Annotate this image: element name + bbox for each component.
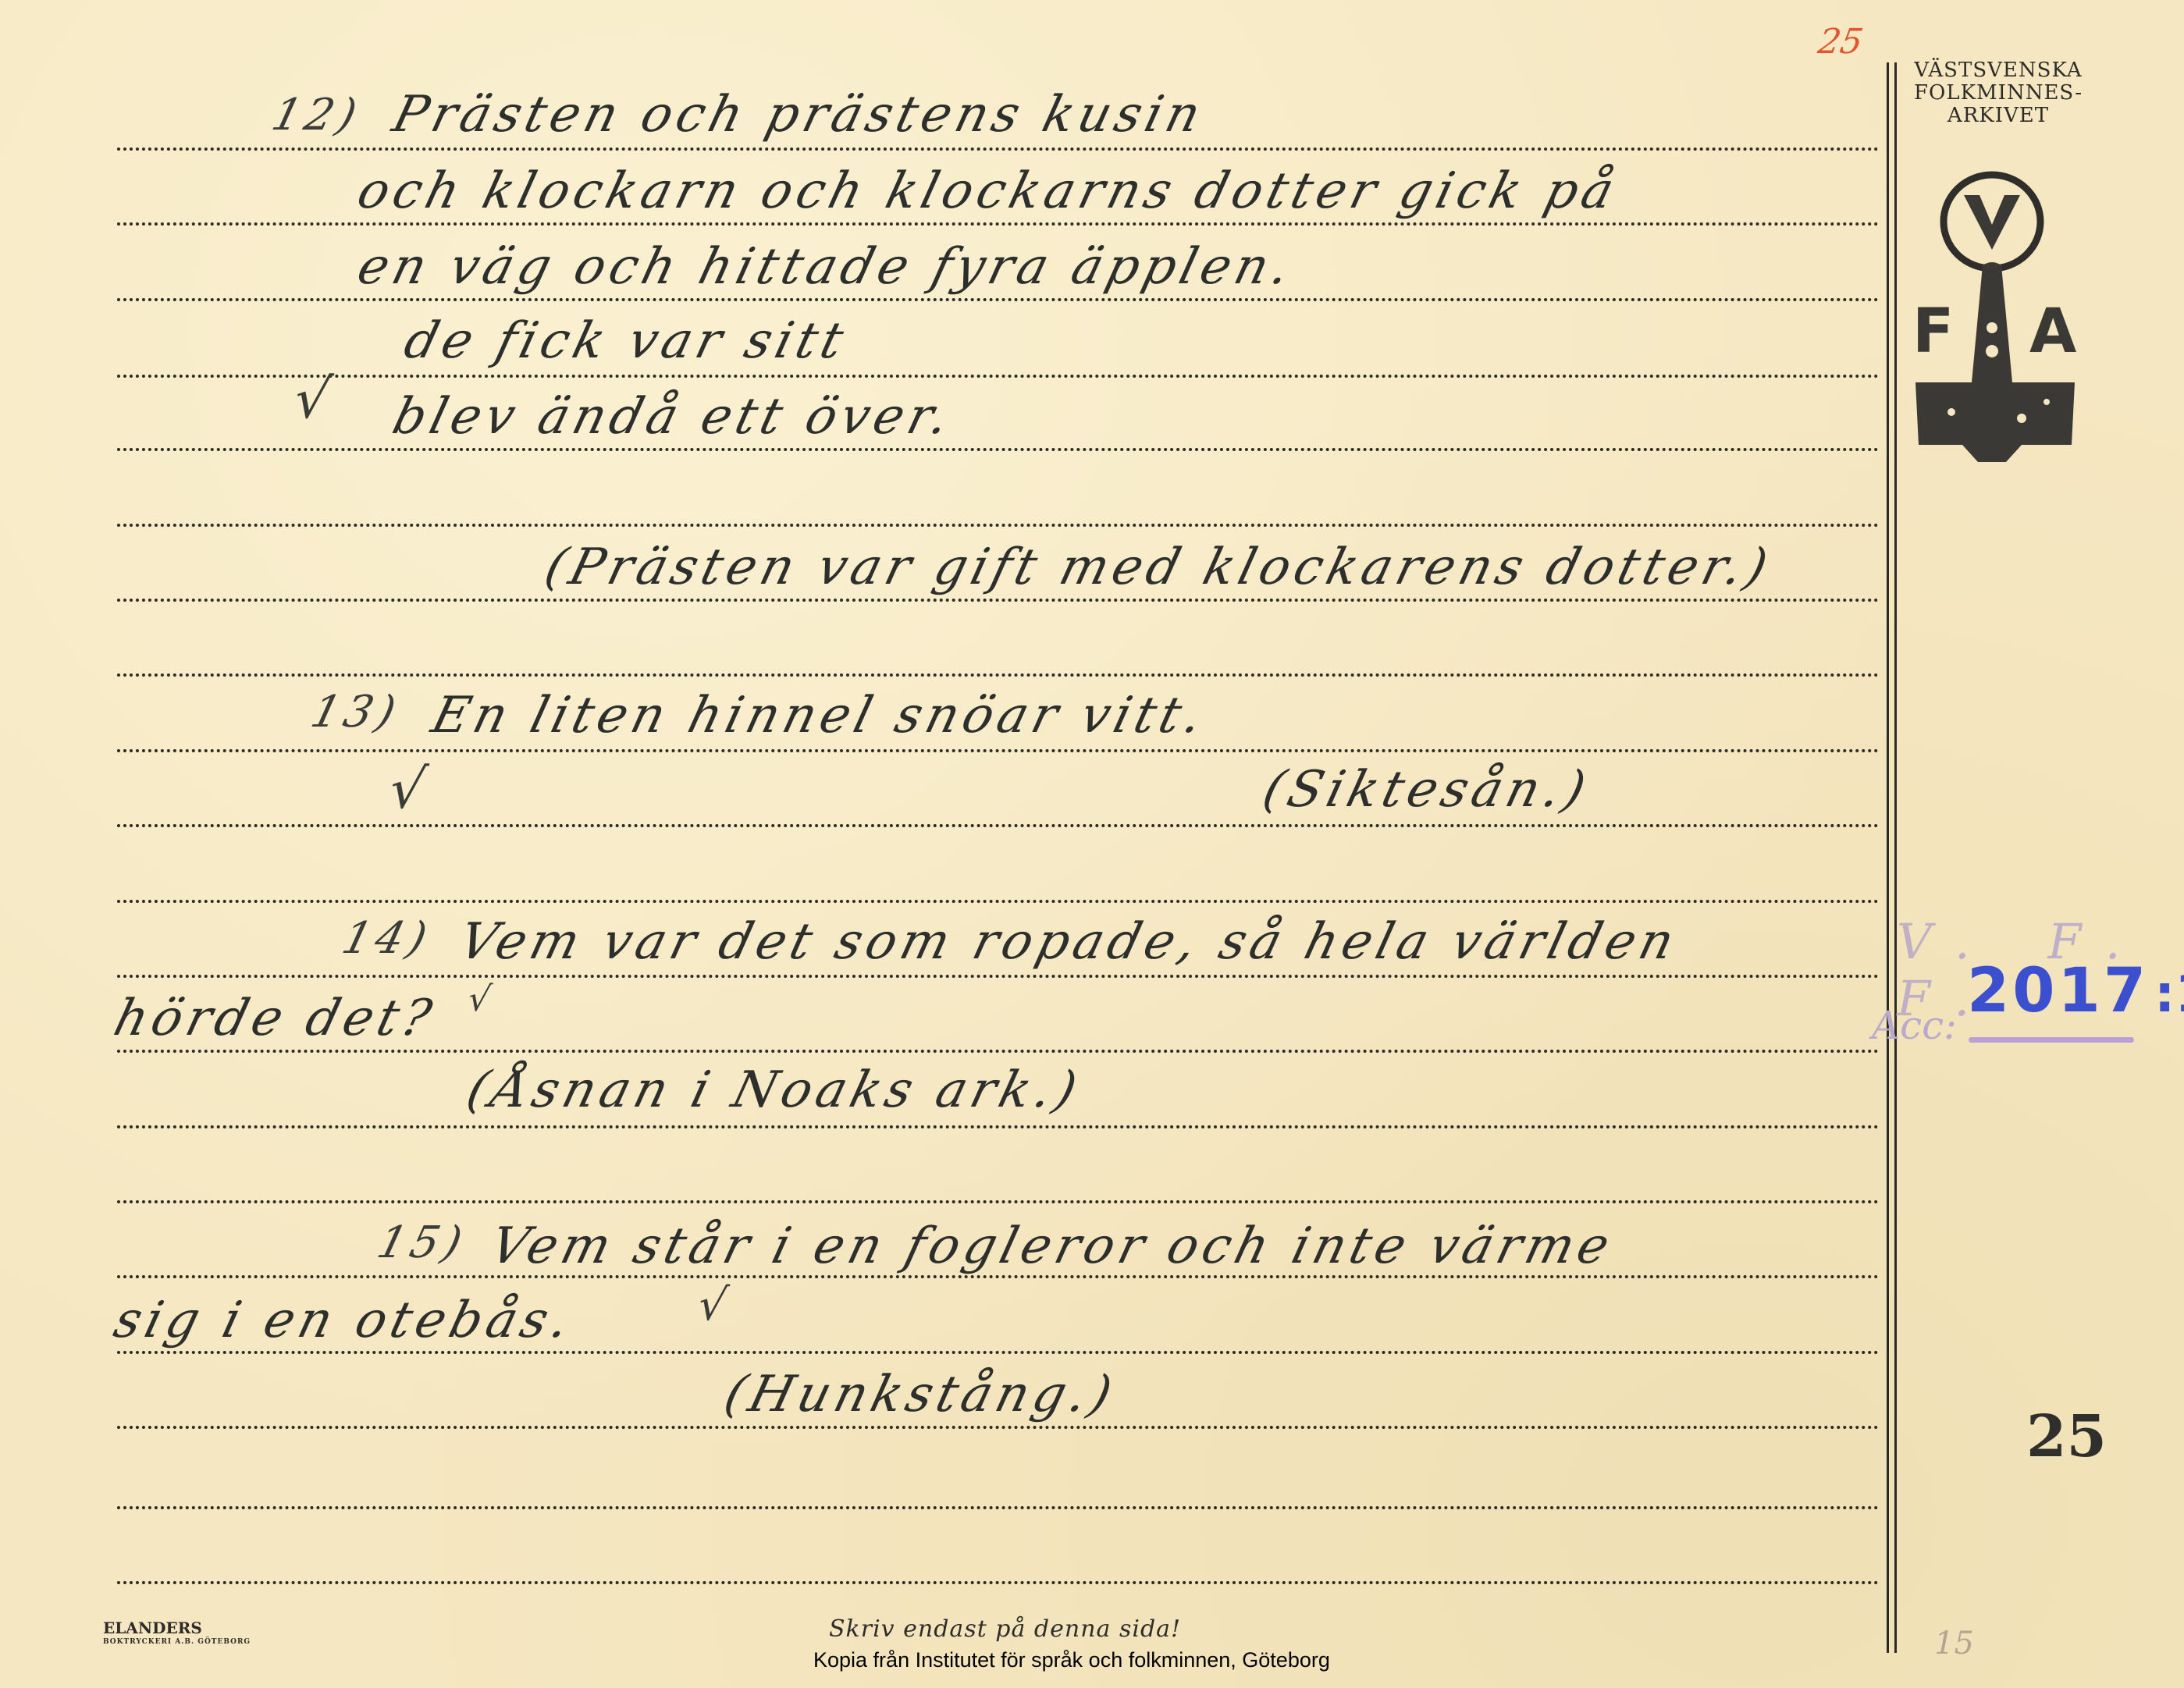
entry-note: (Hunkstång.) bbox=[719, 1366, 1122, 1423]
entry-number: 14) bbox=[337, 913, 436, 964]
footer-instruction: Skriv endast på denna sida! bbox=[829, 1615, 1181, 1643]
entry-number: 15) bbox=[372, 1217, 471, 1268]
ruled-line bbox=[117, 147, 1880, 151]
stamp-underline bbox=[1969, 1037, 2134, 1043]
archive-name-line: FOLKMINNES- bbox=[1905, 82, 2092, 105]
margin-rule-left bbox=[1887, 62, 1889, 1653]
entry-note: (Prästen var gift med klockarens dotter.… bbox=[539, 538, 1778, 596]
ruled-line bbox=[117, 1581, 1880, 1584]
entry-line: hörde det? bbox=[108, 990, 442, 1047]
checkmark-icon: √ bbox=[694, 1280, 731, 1331]
entry-line: en väg och hittade fyra äpplen. bbox=[352, 238, 1300, 296]
entry-line: Vem var det som ropade, så hela världen bbox=[454, 913, 1684, 971]
copy-note: Kopia från Institutet för språk och folk… bbox=[813, 1648, 1330, 1672]
entry-number: 12) bbox=[267, 90, 366, 140]
ruled-line bbox=[117, 1426, 1880, 1429]
entry-line: Prästen och prästens kusin bbox=[387, 86, 1211, 144]
entry-line: de fick var sitt bbox=[399, 312, 854, 370]
thors-hammer-logo-icon: F A bbox=[1905, 164, 2092, 476]
logo-letter-f: F bbox=[1912, 297, 1954, 367]
logo-letter-a: A bbox=[2029, 297, 2076, 367]
ruled-line bbox=[117, 824, 1880, 827]
entry-line: blev ändå ett över. bbox=[387, 388, 959, 446]
entry-line: sig i en otebås. bbox=[108, 1292, 580, 1349]
ruled-line bbox=[117, 599, 1880, 602]
pencil-mark: 15 bbox=[1934, 1626, 1974, 1661]
archive-name-line: ARKIVET bbox=[1905, 105, 2092, 127]
document-page: 25 VÄSTSVENSKA FOLKMINNES- ARKIVET F A 1… bbox=[0, 0, 2184, 1688]
accession-number: 2017 bbox=[1967, 956, 2149, 1026]
margin-rule-right bbox=[1894, 62, 1897, 1653]
entry-line: En liten hinnel snöar vitt. bbox=[426, 687, 1213, 744]
printer-name: ELANDERS bbox=[103, 1621, 251, 1635]
ruled-line bbox=[117, 749, 1880, 752]
ruled-line bbox=[117, 448, 1880, 451]
ruled-line bbox=[117, 298, 1880, 301]
entry-line: Vem står i en fogleror och inte värme bbox=[485, 1217, 1620, 1275]
ruled-line bbox=[117, 1125, 1880, 1128]
ruled-line bbox=[117, 375, 1880, 378]
ruled-line bbox=[117, 673, 1880, 677]
entry-number: 13) bbox=[306, 687, 405, 737]
entry-note: (Åsnan i Noaks ark.) bbox=[461, 1061, 1087, 1119]
ruled-line bbox=[117, 1275, 1880, 1278]
ruled-line bbox=[117, 1351, 1880, 1354]
ruled-line bbox=[117, 222, 1880, 226]
entry-note: (Siktesån.) bbox=[1257, 761, 1596, 819]
handwritten-page-number: 25 bbox=[1816, 22, 1866, 62]
ruled-line bbox=[117, 524, 1880, 527]
ruled-line bbox=[117, 1200, 1880, 1203]
archive-name: VÄSTSVENSKA FOLKMINNES- ARKIVET bbox=[1905, 59, 2092, 127]
checkmark-icon: √ bbox=[465, 979, 494, 1019]
ruled-line bbox=[117, 1050, 1880, 1053]
ruled-line bbox=[117, 900, 1880, 903]
checkmark-icon: √ bbox=[385, 757, 431, 821]
printer-sub: BOKTRYCKERI A.B. GÖTEBORG bbox=[103, 1635, 251, 1649]
accession-number-tail: :1 bbox=[2154, 964, 2184, 1024]
stamp-prefix: Acc: bbox=[1872, 1003, 1957, 1048]
ruled-line bbox=[117, 1506, 1880, 1509]
archive-name-line: VÄSTSVENSKA bbox=[1905, 59, 2092, 82]
printed-page-number: 25 bbox=[2026, 1403, 2107, 1470]
entry-line: och klockarn och klockarns dotter gick p… bbox=[352, 162, 1624, 220]
ruled-line bbox=[117, 975, 1880, 978]
printer-mark: ELANDERS BOKTRYCKERI A.B. GÖTEBORG bbox=[103, 1621, 251, 1649]
